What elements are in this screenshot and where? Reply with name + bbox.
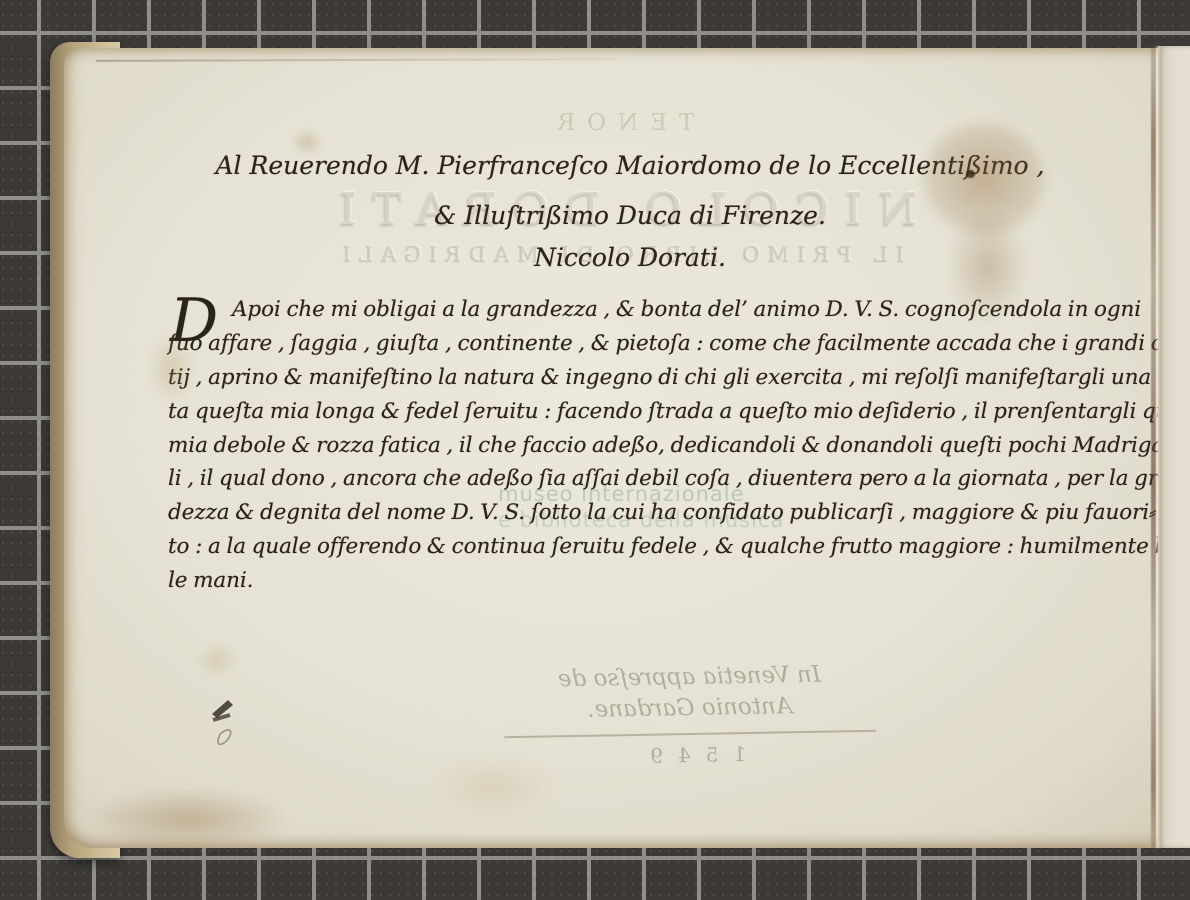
body-line: ta queſta mia longa & fedel ſeruitu : fa… <box>168 399 1118 433</box>
body-line: ſuo affare , ſaggia , giuſta , continent… <box>168 331 1118 365</box>
dedication-heading-line1: Al Reuerendo M. Pierfranceſco Maiordomo … <box>140 151 1120 180</box>
dedication-heading-line2: & Illuſtrißimo Duca di Firenze. <box>140 201 1120 230</box>
drop-cap-initial: D <box>170 291 218 351</box>
body-line: dezza & degnita del nome D. V. S. ſotto … <box>168 500 1118 534</box>
photo-of-book-page: TENOR NICOLO DORATI IL PRIMO LIBRO DI MA… <box>0 0 1190 900</box>
body-line: to : a la quale offerendo & continua ſer… <box>168 534 1118 568</box>
body-line: tij , aprino & manifeſtino la natura & i… <box>168 365 1118 399</box>
dedication-author-line: Niccolo Dorati. <box>140 243 1120 272</box>
adjacent-leaf <box>1158 46 1190 848</box>
body-line: mia debole & rozza fatica , il che facci… <box>168 433 1118 467</box>
ink-blot-mark <box>206 694 240 762</box>
fold-highlight <box>1156 46 1160 848</box>
body-line: le mani. <box>168 568 1118 602</box>
dedication-body: D Apoi che mi obligai a la grandezza , &… <box>168 297 1118 602</box>
body-line: li , il qual dono , ancora che adeßo ſia… <box>168 466 1118 500</box>
body-line: Apoi che mi obligai a la grandezza , & b… <box>168 297 1118 331</box>
